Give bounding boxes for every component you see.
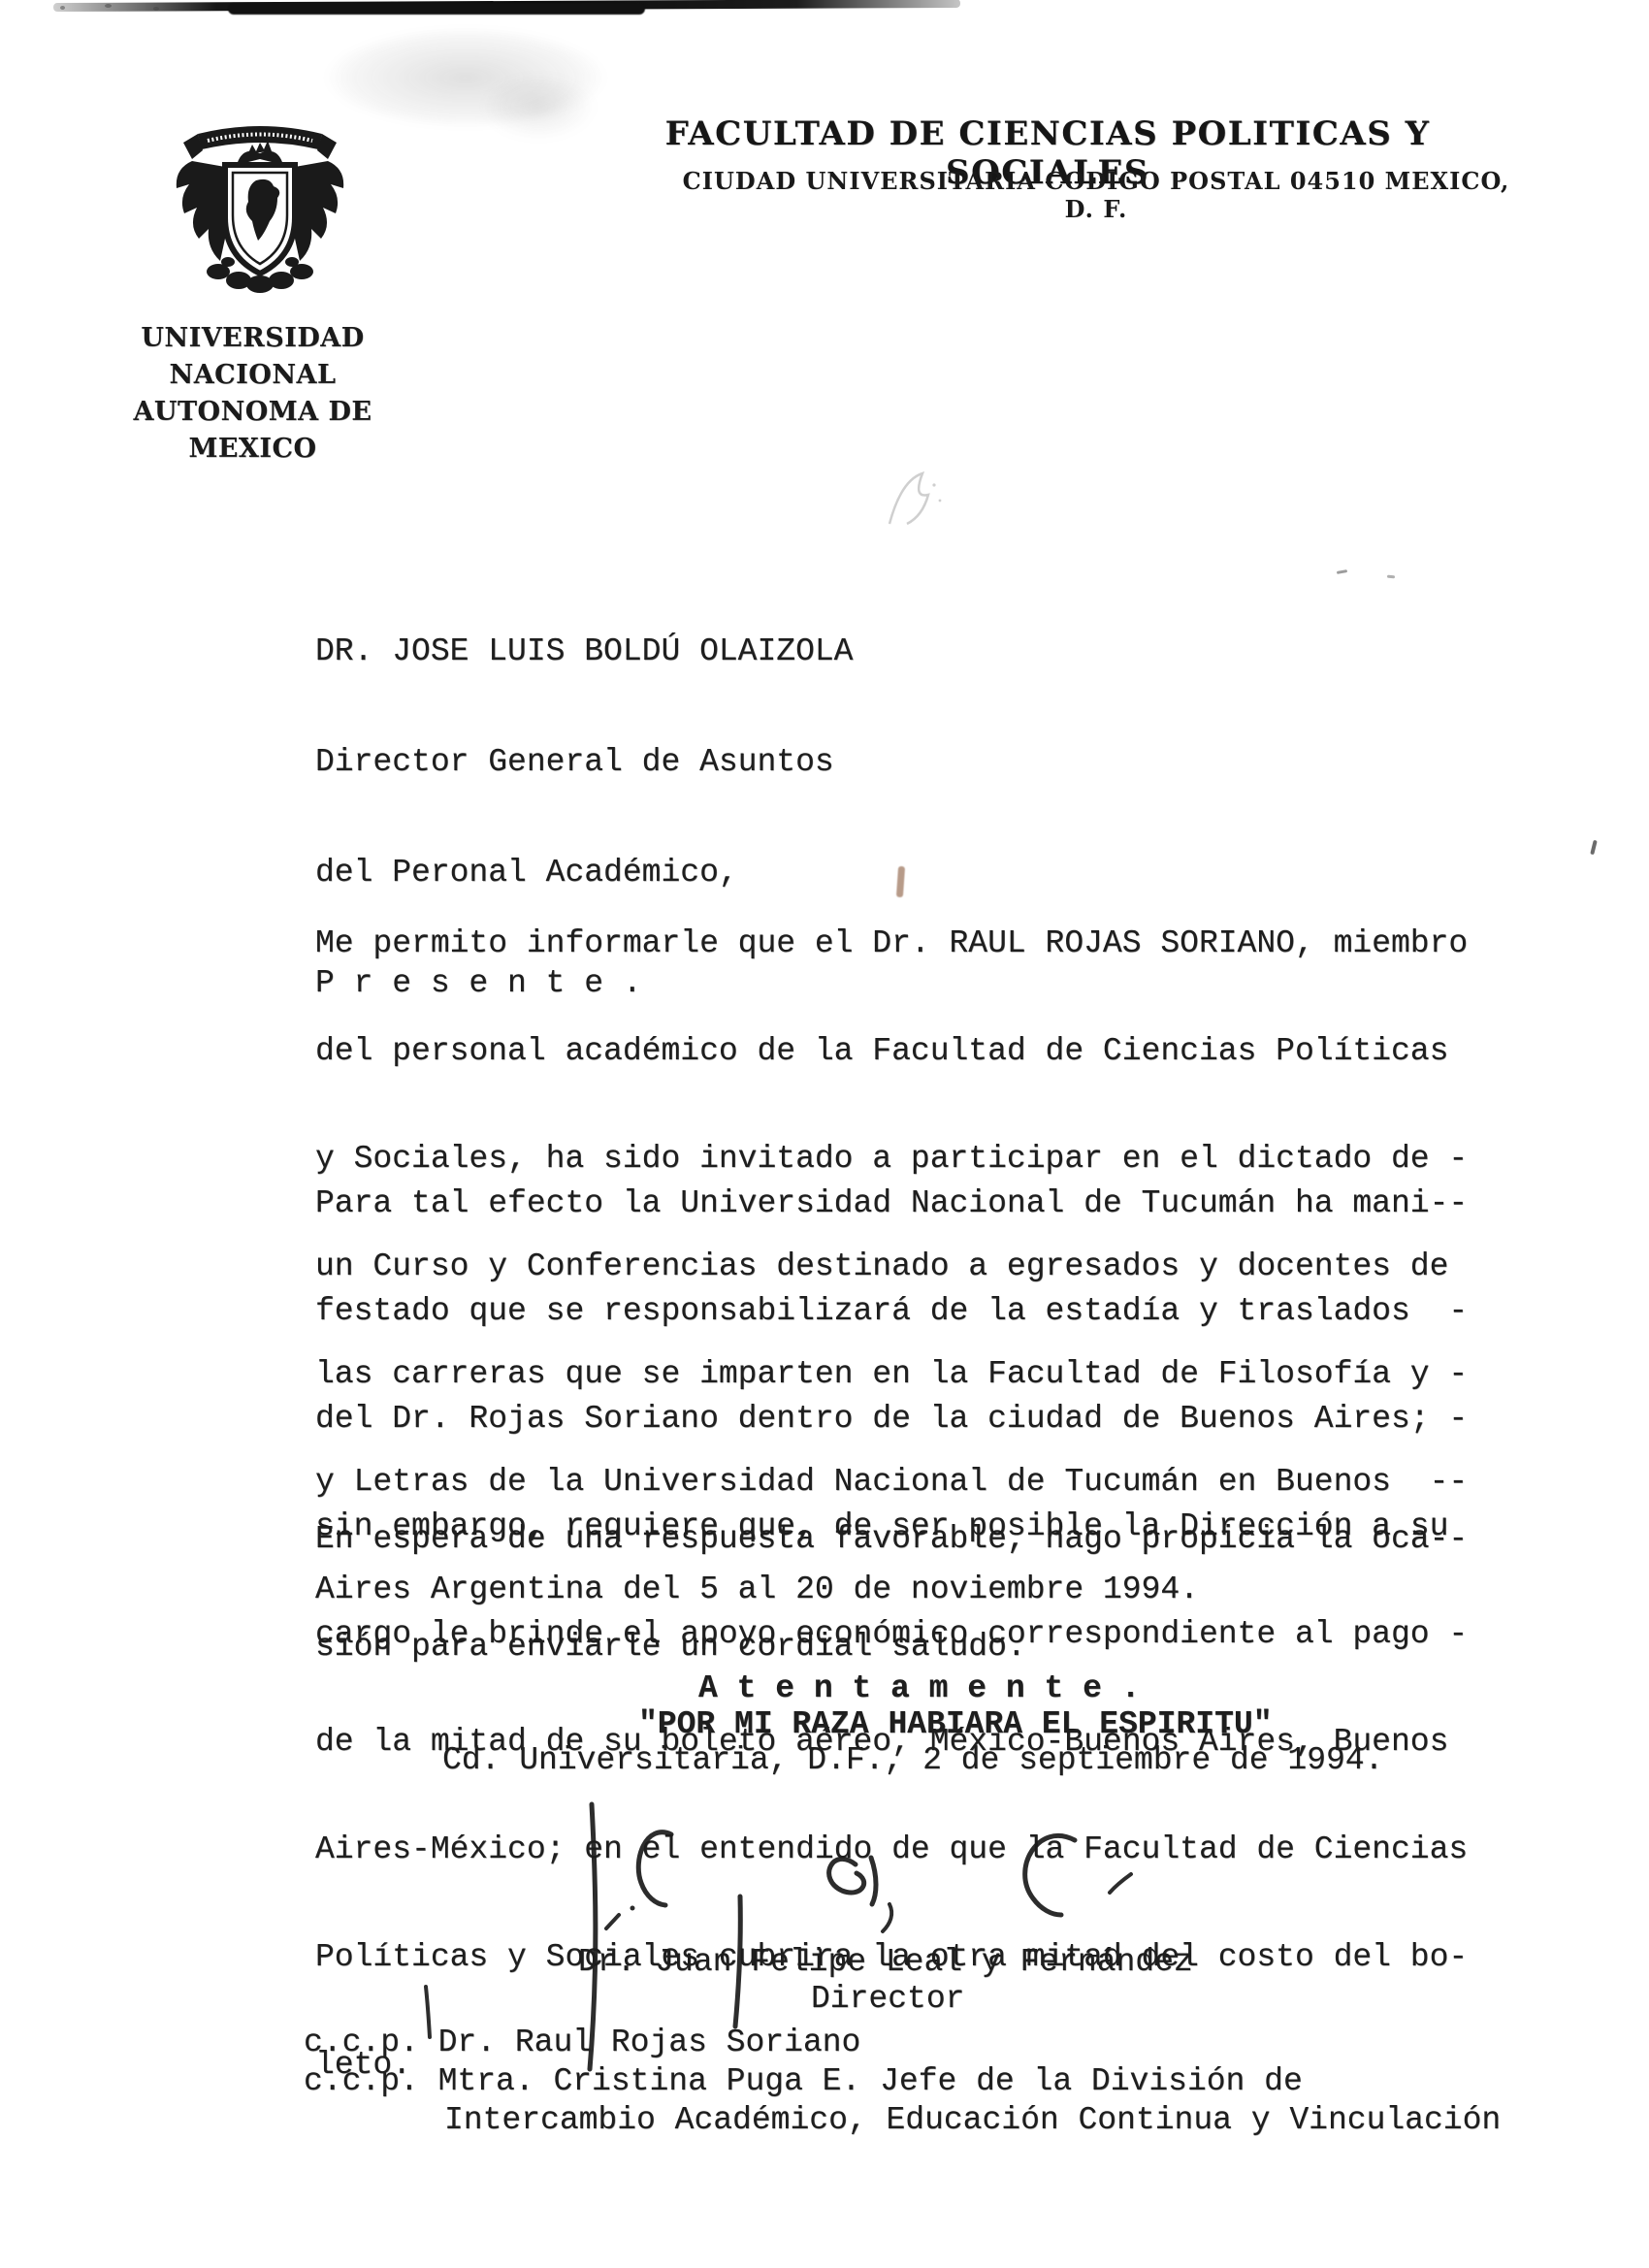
pencil-smudge <box>878 456 955 543</box>
scan-speck <box>105 4 112 8</box>
body-line: Para tal efecto la Universidad Nacional … <box>315 1185 1468 1221</box>
university-name-line2: AUTONOMA DE MEXICO <box>85 394 420 468</box>
cc-line-2: c.c.p. Mtra. Cristina Puga E. Jefe de la… <box>304 2063 1303 2099</box>
body-line: del personal académico de la Facultad de… <box>315 1033 1468 1069</box>
scanned-letter-page: FACULTAD DE CIENCIAS POLITICAS Y SOCIALE… <box>0 0 1649 2268</box>
university-name: UNIVERSIDAD NACIONAL AUTONOMA DE MEXICO <box>85 320 420 468</box>
scan-speck <box>60 6 65 10</box>
university-name-line1: UNIVERSIDAD NACIONAL <box>85 320 420 394</box>
cc-line-1: c.c.p. Dr. Raul Rojas Soriano <box>304 2025 860 2060</box>
unam-crest-logo <box>163 113 357 307</box>
closing-place-date: Cd. Universitaria, D.F., 2 de septiembre… <box>442 1742 1383 1778</box>
cc-line-3: Intercambio Académico, Educación Continu… <box>444 2102 1501 2138</box>
signatory-name: Dr. Juan Felipe Leal y Fernández <box>578 1944 1193 1980</box>
recipient-name: DR. JOSE LUIS BOLDÚ OLAIZOLA <box>315 632 854 671</box>
body-line: del Dr. Rojas Soriano dentro de la ciuda… <box>315 1401 1468 1437</box>
scan-artifact-band <box>53 0 960 12</box>
recipient-title-line: Director General de Asuntos <box>315 743 854 782</box>
closing-salutation: A t e n t a m e n t e . <box>698 1670 1140 1706</box>
closing-motto: "POR MI RAZA HABIARA EL ESPIRITU" <box>638 1706 1273 1742</box>
faculty-address: CIUDAD UNIVERSITARIA CODIGO POSTAL 04510… <box>679 167 1513 223</box>
scan-artifact-band <box>228 3 645 15</box>
signatory-title: Director <box>811 1981 964 2017</box>
body-line: En espera de una respuesta favorable, ha… <box>315 1521 1468 1557</box>
scan-speck <box>153 7 159 11</box>
scan-speck <box>1590 840 1598 856</box>
unam-crest-icon <box>163 113 357 307</box>
body-line: festado que se responsabilizará de la es… <box>315 1293 1468 1329</box>
scan-speck <box>1387 575 1395 579</box>
body-line: Me permito informarle que el Dr. RAUL RO… <box>315 925 1468 961</box>
body-line: sión para enviarle un cordial saludo. <box>315 1629 1468 1665</box>
scan-speck <box>1337 569 1347 574</box>
